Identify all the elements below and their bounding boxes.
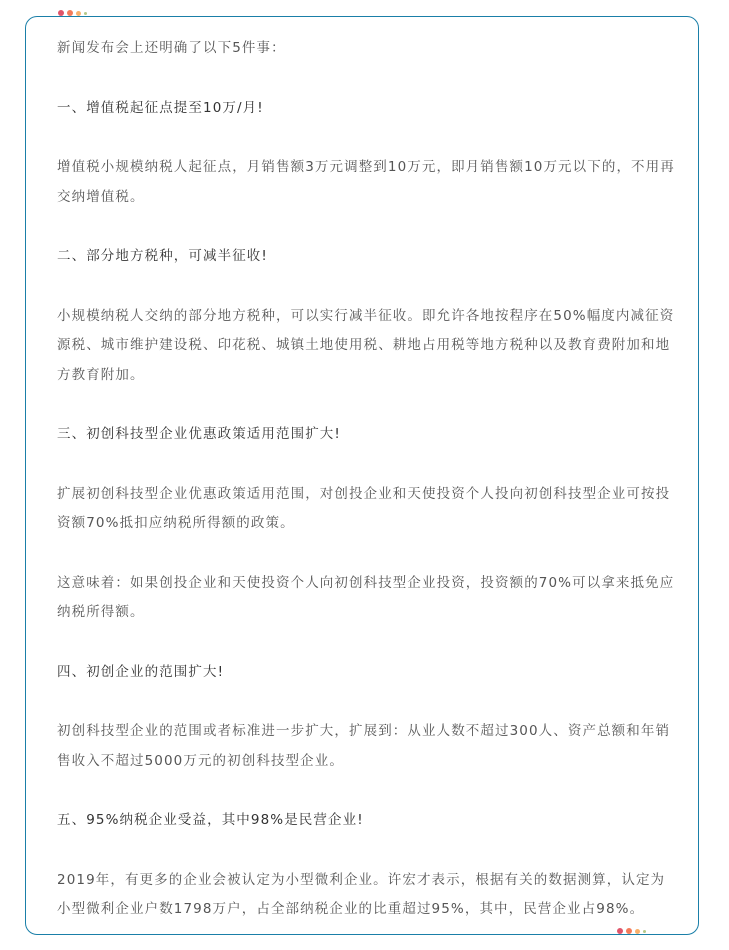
section-heading-1: 一、增值税起征点提至10万/月! — [57, 94, 677, 124]
section-heading-2: 二、部分地方税种，可减半征收! — [57, 242, 677, 272]
section-paragraph: 2019年，有更多的企业会被认定为小型微利企业。许宏才表示，根据有关的数据测算，… — [57, 866, 677, 925]
section-paragraph: 小规模纳税人交纳的部分地方税种，可以实行减半征收。即允许各地按程序在50%幅度内… — [57, 302, 677, 391]
dot-red-icon — [58, 10, 64, 16]
dot-green-icon — [84, 12, 87, 15]
dot-light-orange-icon — [76, 11, 81, 16]
top-dots-decoration — [52, 10, 93, 16]
section-paragraph: 这意味着：如果创投企业和天使投资个人向初创科技型企业投资，投资额的70%可以拿来… — [57, 569, 677, 628]
dot-orange-icon — [67, 10, 73, 16]
section-paragraph: 扩展初创科技型企业优惠政策适用范围，对创投企业和天使投资个人投向初创科技型企业可… — [57, 480, 677, 539]
intro-text: 新闻发布会上还明确了以下5件事： — [57, 34, 677, 64]
section-heading-5: 五、95%纳税企业受益，其中98%是民营企业! — [57, 806, 677, 836]
article-content: 新闻发布会上还明确了以下5件事： 一、增值税起征点提至10万/月! 增值税小规模… — [57, 34, 677, 950]
section-heading-3: 三、初创科技型企业优惠政策适用范围扩大! — [57, 420, 677, 450]
section-heading-4: 四、初创企业的范围扩大! — [57, 658, 677, 688]
section-paragraph: 增值税小规模纳税人起征点，月销售额3万元调整到10万元，即月销售额10万元以下的… — [57, 153, 677, 212]
section-paragraph: 初创科技型企业的范围或者标准进一步扩大，扩展到：从业人数不超过300人、资产总额… — [57, 717, 677, 776]
